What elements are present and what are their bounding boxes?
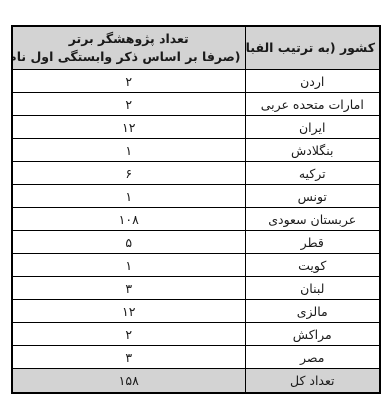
count-cell: ۱۲ (12, 116, 245, 139)
researchers-by-country-table-container: کشور (به ترتیب الفبا) تعداد پژوهشگر برتر… (11, 25, 379, 389)
count-column-header-line2: (صرفا بر اساس ذکر وابستگی اول نام کشور) (17, 48, 241, 66)
researchers-by-country-table: کشور (به ترتیب الفبا) تعداد پژوهشگر برتر… (11, 25, 381, 389)
count-cell: ۱ (12, 139, 245, 162)
country-cell: مالزی (245, 300, 380, 323)
table-row: کویت ۱ (12, 254, 380, 277)
country-cell: لبنان (245, 277, 380, 300)
total-label-cell: تعداد کل (245, 369, 380, 390)
country-column-header-label: کشور (به ترتیب الفبا) (250, 39, 376, 57)
country-cell: بنگلادش (245, 139, 380, 162)
table-total-row: تعداد کل ۱۵۸ (12, 369, 380, 390)
count-cell: ۲ (12, 70, 245, 93)
count-cell: ۲ (12, 93, 245, 116)
country-cell: تونس (245, 185, 380, 208)
country-cell: ترکیه (245, 162, 380, 185)
table-row: عربستان سعودی ۱۰۸ (12, 208, 380, 231)
count-cell: ۶ (12, 162, 245, 185)
country-cell: ایران (245, 116, 380, 139)
count-cell: ۱۰۸ (12, 208, 245, 231)
country-cell: قطر (245, 231, 380, 254)
count-cell: ۱ (12, 185, 245, 208)
table-row: مالزی ۱۲ (12, 300, 380, 323)
count-cell: ۳ (12, 346, 245, 369)
table-row: مراکش ۲ (12, 323, 380, 346)
country-cell: مراکش (245, 323, 380, 346)
count-cell: ۵ (12, 231, 245, 254)
count-cell: ۱ (12, 254, 245, 277)
country-cell: کویت (245, 254, 380, 277)
country-cell: عربستان سعودی (245, 208, 380, 231)
total-count-cell: ۱۵۸ (12, 369, 245, 390)
table-header-row: کشور (به ترتیب الفبا) تعداد پژوهشگر برتر… (12, 26, 380, 70)
country-cell: مصر (245, 346, 380, 369)
country-column-header: کشور (به ترتیب الفبا) (245, 26, 380, 70)
count-cell: ۳ (12, 277, 245, 300)
table-row: اردن ۲ (12, 70, 380, 93)
count-cell: ۲ (12, 323, 245, 346)
country-cell: اردن (245, 70, 380, 93)
table-row: بنگلادش ۱ (12, 139, 380, 162)
table-row: مصر ۳ (12, 346, 380, 369)
table-row: تونس ۱ (12, 185, 380, 208)
table-row: لبنان ۳ (12, 277, 380, 300)
count-cell: ۱۲ (12, 300, 245, 323)
count-column-header-line1: تعداد پژوهشگر برتر (17, 30, 241, 48)
table-row: ایران ۱۲ (12, 116, 380, 139)
table-row: امارات متحده عربی ۲ (12, 93, 380, 116)
table-row: قطر ۵ (12, 231, 380, 254)
country-cell: امارات متحده عربی (245, 93, 380, 116)
count-column-header: تعداد پژوهشگر برتر (صرفا بر اساس ذکر واب… (12, 26, 245, 70)
table-row: ترکیه ۶ (12, 162, 380, 185)
